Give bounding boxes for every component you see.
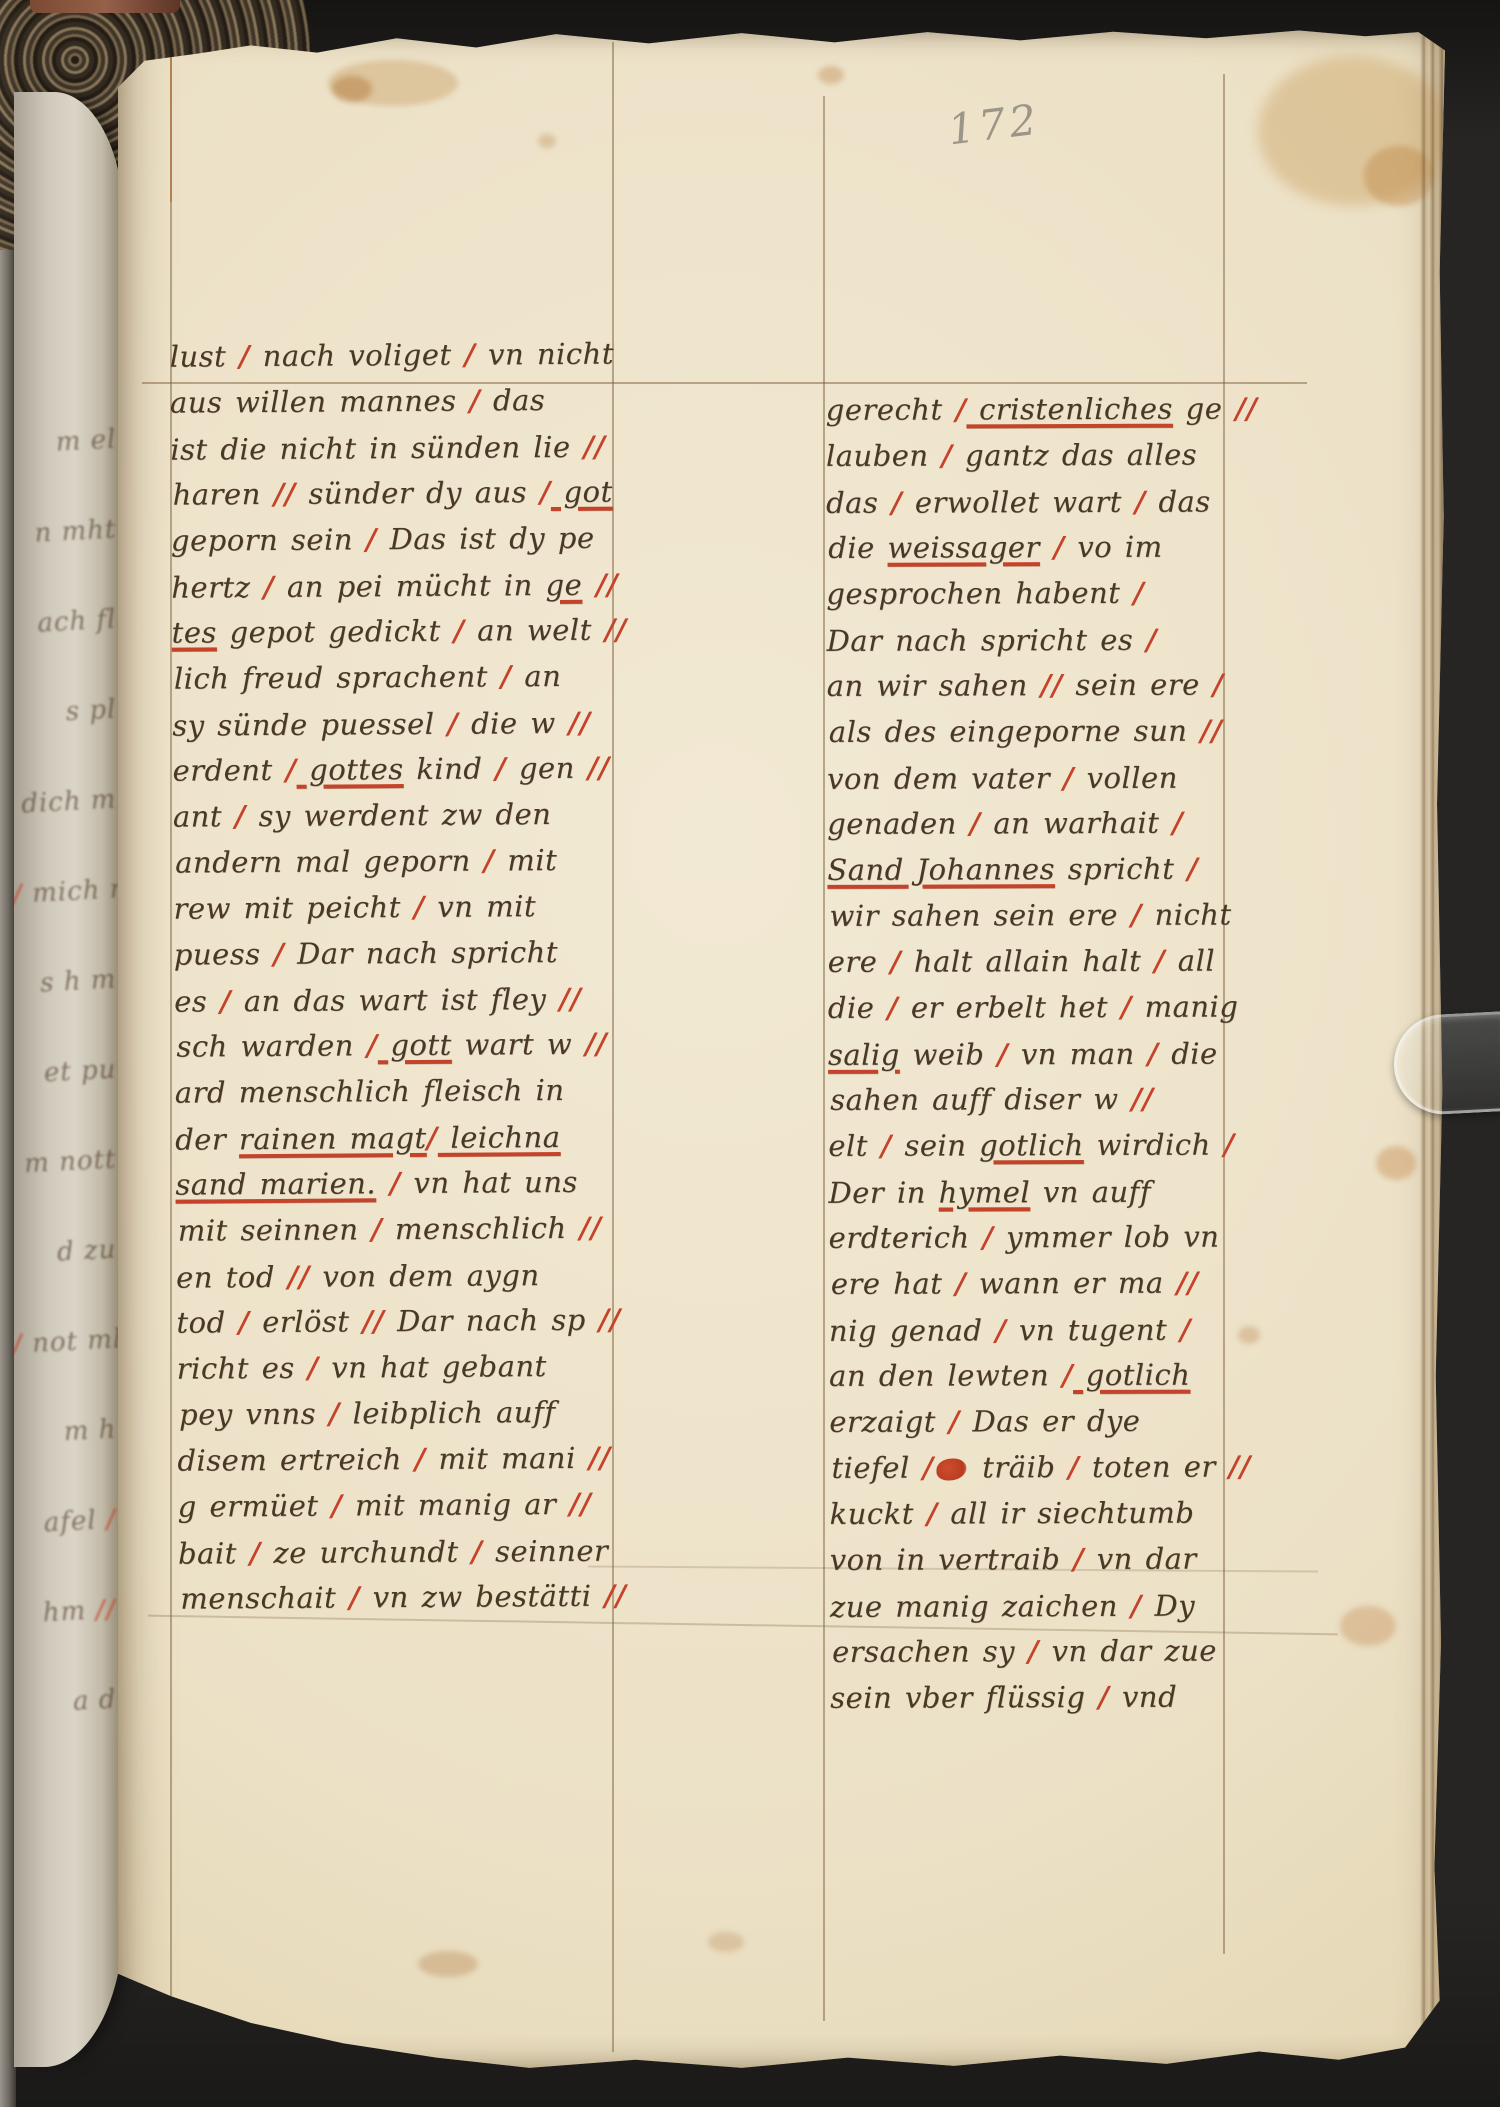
manuscript-text-line: elt / sein gotlich wirdich / — [828, 1121, 1348, 1169]
ink-text: leibplich auff — [340, 1395, 556, 1431]
stain — [1376, 1146, 1416, 1180]
rubric-mark: / — [464, 338, 475, 372]
rubric-mark: // — [1176, 1266, 1198, 1300]
rubric-mark: // — [1235, 391, 1257, 425]
ink-text: menschlich — [382, 1211, 579, 1246]
ink-text: mit manig ar — [342, 1487, 569, 1523]
manuscript-text-line: sahen auff diser w // — [830, 1075, 1350, 1123]
rubric-mark: / — [1154, 944, 1165, 978]
manuscript-text-line: d zu — [14, 1234, 124, 1330]
manuscript-text-line: gesprochen habent / — [826, 569, 1346, 617]
ink-text: vn mit — [425, 889, 537, 924]
ink-text: als des eingeporne sun — [829, 714, 1200, 749]
rubric-mark: / — [881, 1129, 892, 1163]
ink-text: all — [1165, 944, 1215, 978]
ink-text: richt es — [177, 1351, 308, 1386]
rubric-mark: // — [588, 1441, 610, 1475]
ink-text: m el — [55, 424, 117, 457]
manuscript-text-line: richt es / vn hat gebant — [177, 1342, 655, 1391]
ink-text: weib — [900, 1037, 997, 1071]
ink-text: disem ertreich — [177, 1442, 414, 1478]
rubric-mark: / — [891, 486, 902, 520]
rubric-mark: / — [1028, 1634, 1039, 1668]
rubric-mark: / — [366, 522, 377, 556]
ink-text: die w — [458, 706, 568, 741]
rubric-mark: / — [995, 1313, 1006, 1347]
ink-text: halt allain halt — [901, 944, 1154, 979]
ink-text: erlöst — [249, 1304, 362, 1339]
ink-text: an wir sahen — [827, 668, 1041, 703]
ink-text: erdterich — [829, 1220, 983, 1255]
ink-text: elt — [828, 1129, 880, 1163]
ink-text: ist die nicht in sünden lie — [170, 430, 583, 467]
rubric-mark: // — [598, 1303, 620, 1337]
manuscript-text-line: mit seinnen / menschlich // — [178, 1204, 656, 1253]
rubric-mark: / — [1146, 623, 1157, 657]
ink-text: an das wart ist fley — [231, 982, 559, 1018]
rubric-mark: / — [1068, 1450, 1079, 1484]
ink-text: ge — [1173, 391, 1235, 425]
ink-text: von dem aygn — [310, 1258, 540, 1294]
rubric-mark: / — [997, 1037, 1008, 1071]
manuscript-text-line: tes gepot gedickt / an welt // — [171, 606, 649, 655]
ink-text: bait — [178, 1536, 250, 1570]
manuscript-text-line: m h — [14, 1414, 124, 1510]
rubric-mark: / — [469, 384, 480, 418]
rubric-mark: / — [1135, 485, 1146, 519]
rubric-mark: // — [362, 1304, 384, 1338]
manuscript-text-line: hertz / an pei mücht in ge // — [171, 561, 649, 610]
previous-leaf-edge: m eln mhtach fls pldich m/ mich ns h met… — [14, 92, 124, 2067]
ink-text: tes — [171, 615, 216, 649]
manuscript-text-line: a d — [14, 1684, 124, 1780]
ink-text: von in vertraib — [830, 1542, 1073, 1577]
ink-text: m h — [63, 1414, 117, 1447]
rubric-mark: / — [540, 475, 551, 509]
manuscript-text-line: geporn sein / Das ist dy pe — [171, 514, 649, 563]
rubric-mark: / — [329, 1397, 340, 1431]
rubric-mark: // — [1040, 668, 1062, 702]
manuscript-text-line: Der in hymel vn auff — [828, 1168, 1348, 1216]
manuscript-text-line: aus willen mannes / das — [170, 376, 648, 425]
ink-text: vn hat gebant — [318, 1349, 546, 1385]
manuscript-text-line: genaden / an warhait / — [827, 799, 1347, 847]
ink-text: erzaigt — [829, 1404, 948, 1438]
ink-text: ere hat — [831, 1266, 955, 1300]
ink-text: vn dar zue — [1039, 1634, 1217, 1669]
previous-leaf-text-fragments: m eln mhtach fls pldich m/ mich ns h met… — [14, 427, 124, 1777]
ink-text: salig — [828, 1038, 900, 1072]
rubric-mark: / — [263, 570, 274, 604]
ink-text: a d — [72, 1684, 117, 1716]
rubric-mark: / — [366, 1028, 377, 1062]
rubric-mark: // — [569, 1487, 591, 1521]
rubric-mark: / — [371, 1212, 382, 1246]
ink-text: vn dar — [1084, 1542, 1197, 1576]
manuscript-text-line: gerecht / cristenliches ge // — [826, 385, 1346, 433]
ink-text: die — [828, 991, 887, 1025]
rubric-mark: / — [453, 614, 464, 648]
stain — [332, 76, 372, 102]
rubric-mark: / — [331, 1489, 342, 1523]
manuscript-text-line: dich m — [14, 784, 124, 880]
ink-text: Der in — [828, 1176, 938, 1210]
manuscript-text-line: von dem vater / vollen — [827, 754, 1347, 802]
ink-text: ach fl — [37, 604, 117, 638]
manuscript-text-line: lust / nach voliget / vn nicht — [170, 330, 648, 379]
ink-text: hertz — [171, 570, 263, 605]
manuscript-text-line: lich freud sprachent / an — [174, 652, 652, 701]
rubric-mark: / — [941, 438, 952, 472]
rubric-mark: // — [1200, 714, 1222, 748]
rubric-mark: / — [1040, 530, 1065, 564]
manuscript-text-line: s pl — [14, 694, 124, 790]
ink-text: cristenliches — [966, 392, 1173, 427]
ink-text: das — [826, 486, 891, 520]
manuscript-text-line: andern mal geporn / mit — [175, 836, 653, 885]
manuscript-text-line: haren // sünder dy aus / got — [172, 468, 650, 517]
ink-text: puess — [174, 937, 274, 972]
ink-text: got — [551, 475, 613, 509]
manuscript-text-line: die / er erbelt het / manig — [828, 983, 1348, 1031]
folio-number: 172 — [945, 95, 1042, 155]
ink-text: Dar nach spricht — [284, 935, 558, 971]
ink-text: an warhait — [981, 806, 1173, 841]
rubric-mark: / — [239, 339, 250, 373]
rubric-mark: / — [220, 984, 231, 1018]
rubric-mark: / — [413, 890, 424, 924]
ink-text: das — [1146, 485, 1211, 519]
ink-text: erdent — [172, 753, 285, 788]
ink-text: erwollet wart — [902, 485, 1135, 520]
ink-text: sahen auff diser w — [830, 1082, 1131, 1117]
ink-text: wann er ma — [966, 1266, 1176, 1301]
ink-text: en tod — [176, 1260, 288, 1295]
rubric-mark: / — [307, 1351, 318, 1385]
ink-text: Sand Johannes — [827, 852, 1055, 887]
ink-text: rainen magt — [239, 1121, 427, 1156]
manuscript-text-line: erzaigt / Das er dye — [829, 1397, 1349, 1445]
rubric-mark: / — [447, 707, 458, 741]
rubric-mark: / — [887, 991, 898, 1025]
ink-text: not ml — [22, 1324, 123, 1359]
rubric-mark: / — [1172, 806, 1183, 840]
rubric-mark: / — [414, 1442, 425, 1476]
rubric-mark: / — [285, 753, 296, 787]
manuscript-text-line: / mich n — [14, 874, 124, 970]
ink-text: vn tugent — [1006, 1313, 1180, 1348]
ink-text: m nott — [23, 1144, 117, 1179]
ink-text: wart w — [452, 1027, 585, 1062]
manuscript-text-line: ist die nicht in sünden lie // — [170, 423, 648, 472]
manuscript-text-line: en tod // von dem aygn — [176, 1251, 654, 1300]
red-ink-blot — [936, 1458, 966, 1480]
ink-text: gott — [378, 1028, 452, 1063]
ink-text: nach voliget — [250, 338, 465, 373]
ink-text: tod — [176, 1305, 238, 1339]
ink-text: tiefel — [831, 1451, 922, 1485]
manuscript-text-line: kuckt / all ir siechtumb — [830, 1489, 1350, 1537]
ink-text: Das ist dy pe — [377, 521, 595, 557]
manuscript-text-line: lauben / gantz das alles — [826, 431, 1346, 479]
manuscript-text-line: s h m — [14, 964, 124, 1060]
ink-text: sy sünde puessel — [172, 707, 447, 743]
ink-text: von dem vater — [827, 761, 1063, 796]
ink-text: Dy — [1142, 1589, 1195, 1623]
rubric-mark: / — [926, 1497, 937, 1531]
rubric-mark: // — [604, 613, 626, 647]
manuscript-text-line: et pu — [14, 1054, 124, 1150]
ink-text: ersachen sy — [832, 1634, 1028, 1669]
rubric-mark: / — [1147, 1037, 1158, 1071]
manuscript-text-line: rew mit peicht / vn mit — [173, 882, 651, 931]
ink-text: afel — [43, 1505, 107, 1538]
manuscript-text-line: afel / — [14, 1504, 124, 1600]
ink-text: lich freud sprachent — [174, 659, 501, 695]
manuscript-text-line: Sand Johannes spricht / — [827, 845, 1347, 893]
rubric-mark: / — [890, 945, 901, 979]
rubric-mark: // — [604, 1579, 626, 1613]
manuscript-text-line: tiefel / träib / toten er // — [831, 1443, 1351, 1491]
manuscript-text-line: Dar nach spricht es / — [826, 616, 1346, 664]
ink-text: die — [828, 531, 887, 565]
ink-text: gen — [506, 751, 588, 786]
rubric-mark: / — [955, 392, 966, 426]
manuscript-text-line: m el — [14, 424, 124, 520]
ink-text: vn man — [1008, 1037, 1147, 1071]
ink-text: d zu — [56, 1234, 117, 1267]
stain — [708, 1932, 744, 1952]
ink-text: zue manig zaichen — [830, 1589, 1131, 1624]
manuscript-text-line: an wir sahen // sein ere / — [827, 661, 1347, 709]
manuscript-text-line: ard menschlich fleisch in — [175, 1066, 653, 1115]
ink-text: gotlich — [979, 1128, 1084, 1162]
ink-text: s h m — [39, 964, 117, 998]
ink-text: sy werdent zw den — [246, 797, 552, 833]
ink-text: mit seinnen — [178, 1212, 372, 1247]
ink-text: andern mal geporn — [175, 844, 483, 880]
ink-text: pey vnns — [179, 1397, 329, 1432]
ink-text: gottes — [296, 752, 403, 787]
rubric-mark: / — [1187, 852, 1198, 886]
ink-text: lust — [170, 339, 239, 373]
manuscript-text-line: sy sünde puessel / die w // — [172, 699, 650, 748]
manuscript-text-line: es / an das wart ist fley // — [174, 975, 652, 1024]
ink-text: mich n — [22, 874, 124, 909]
ink-text: sch warden — [176, 1028, 366, 1063]
manuscript-text-line: salig weib / vn man / die — [828, 1030, 1348, 1078]
ink-text: sein — [892, 1128, 980, 1162]
ink-text: Dar nach sp — [384, 1303, 598, 1338]
text-column-right: gerecht / cristenliches ge //lauben / ga… — [826, 385, 1351, 1721]
ink-text: g ermüet — [178, 1489, 332, 1524]
ink-text: geporn sein — [171, 522, 366, 557]
ink-text: vn zw bestätti — [360, 1579, 604, 1615]
ink-text: ze urchundt — [261, 1535, 472, 1570]
ink-text: lauben — [826, 439, 941, 473]
ink-text: gepot gedickt — [217, 614, 454, 650]
ink-text: an — [512, 659, 562, 693]
rubric-mark: // — [273, 477, 295, 511]
manuscript-text-line: g ermüet / mit manig ar // — [178, 1480, 656, 1529]
rubric-mark: / — [955, 1266, 966, 1300]
rubric-mark: / — [105, 1504, 117, 1535]
rubric-mark: / — [1131, 898, 1142, 932]
rubric-mark: // — [95, 1594, 118, 1625]
stain — [418, 1951, 478, 1977]
rubric-mark: // — [287, 1260, 309, 1294]
stain — [538, 134, 556, 148]
rubric-mark: // — [1131, 1082, 1153, 1116]
rubric-mark: / — [1180, 1313, 1191, 1347]
ink-text: sein vber flüssig — [830, 1680, 1098, 1715]
manuscript-text-line: ersachen sy / vn dar zue — [832, 1627, 1352, 1675]
ink-text: dich m — [21, 784, 118, 819]
rubric-mark: / — [426, 1121, 437, 1155]
ink-text: gotlich — [1073, 1358, 1190, 1392]
rubric-mark: / — [1098, 1680, 1109, 1714]
manuscript-text-line: / not ml — [14, 1324, 124, 1420]
rubric-mark: / — [249, 1536, 260, 1570]
rubric-mark: / — [1062, 1358, 1073, 1392]
ink-text: vn auff — [1030, 1175, 1151, 1209]
rubric-mark: / — [349, 1580, 360, 1614]
rubric-mark: / — [471, 1535, 482, 1569]
stain — [818, 66, 844, 84]
rubric-mark: // — [583, 430, 605, 464]
ink-text: gesprochen habent — [826, 576, 1133, 611]
text-column-left: lust / nach voliget / vn nichtaus willen… — [170, 330, 657, 1621]
ink-text: wir sahen sein ere — [829, 898, 1130, 933]
ink-text: ant — [173, 799, 235, 833]
rubric-mark: // — [568, 706, 590, 740]
ink-text: kind — [403, 751, 495, 786]
manuscript-text-line: hm // — [14, 1594, 124, 1690]
ink-text: sünder dy aus — [296, 475, 540, 511]
ink-text: genaden — [827, 806, 969, 840]
manuscript-text-line: ere / halt allain halt / all — [828, 937, 1348, 985]
manuscript-text-line: als des eingeporne sun // — [829, 707, 1349, 755]
rubric-mark: / — [238, 1305, 249, 1339]
ink-text: wirdich — [1084, 1128, 1224, 1162]
manuscript-photograph: m eln mhtach fls pldich m/ mich ns h met… — [0, 0, 1500, 2107]
ink-text: s pl — [65, 694, 117, 727]
ink-text: die — [1158, 1037, 1217, 1071]
ink-text: menschait — [180, 1580, 349, 1615]
ink-text: ymmer lob vn — [993, 1220, 1219, 1255]
rubric-mark: / — [982, 1220, 993, 1254]
ink-text: es — [174, 984, 220, 1018]
rubric-mark: // — [559, 982, 581, 1016]
ink-text: vollen — [1074, 761, 1178, 795]
manuscript-text-line: ach fl — [14, 604, 124, 700]
ink-text: Dar nach spricht es — [827, 623, 1146, 658]
ink-text: rew mit peicht — [173, 890, 413, 926]
ink-text: sein ere — [1063, 668, 1213, 703]
ink-text: vnd — [1109, 1680, 1177, 1714]
manuscript-text-line: sein vber flüssig / vnd — [830, 1673, 1350, 1721]
rubric-mark: / — [495, 751, 506, 785]
ink-text: haren — [173, 477, 274, 512]
manuscript-text-line: sand marien. / vn hat uns — [175, 1158, 653, 1207]
manuscript-text-line: zue manig zaichen / Dy — [830, 1582, 1350, 1630]
book-headband — [30, 0, 180, 13]
ink-text: toten er — [1079, 1450, 1228, 1485]
ink-text: ere — [828, 945, 891, 979]
rubric-mark: // — [579, 1211, 601, 1245]
ink-text: das — [480, 383, 545, 417]
ink-text: mit mani — [426, 1441, 589, 1476]
manuscript-text-line: die weissager / vo im — [828, 523, 1348, 571]
rubric-mark: / — [376, 1166, 401, 1200]
manuscript-text-line: puess / Dar nach spricht — [174, 928, 652, 977]
ink-text: hm — [42, 1596, 96, 1629]
manuscript-text-line: von in vertraib / vn dar — [830, 1535, 1350, 1583]
manuscript-text-line: pey vnns / leibplich auff — [179, 1388, 657, 1437]
ink-text: leichna — [438, 1120, 561, 1155]
ink-text: spricht — [1055, 852, 1187, 886]
manuscript-text-line: wir sahen sein ere / nicht — [829, 891, 1349, 939]
ink-text: aus willen mannes — [170, 384, 469, 420]
ink-text: Das er dye — [960, 1404, 1141, 1439]
ink-text: gantz das alles — [952, 438, 1197, 473]
ink-text: vn hat uns — [401, 1165, 578, 1200]
ink-text: kuckt — [830, 1497, 927, 1531]
rubric-mark: / — [273, 937, 284, 971]
ink-text: ge — [545, 568, 582, 602]
manuscript-text-line: erdterich / ymmer lob vn — [829, 1213, 1349, 1261]
manuscript-text-line: bait / ze urchundt / seinner — [178, 1527, 656, 1576]
manuscript-text-line: ere hat / wann er ma // — [831, 1259, 1351, 1307]
manuscript-page: 172 lust / nach voliget / vn nichtaus wi… — [118, 26, 1445, 2072]
manuscript-text-line: das / erwollet wart / das — [826, 478, 1346, 526]
ink-text: träib — [969, 1450, 1068, 1484]
ink-text: gerecht — [826, 392, 956, 426]
manuscript-text-line: der rainen magt/ leichna — [175, 1113, 653, 1162]
manuscript-text-line: an den lewten / gotlich — [829, 1351, 1349, 1399]
rubric-mark: / — [949, 1404, 960, 1438]
ink-text: all ir siechtumb — [938, 1496, 1195, 1531]
ink-text: der — [175, 1122, 239, 1156]
manuscript-text-line: ant / sy werdent zw den — [173, 790, 651, 839]
manuscript-text-line: n mht — [14, 514, 124, 610]
rubric-mark: / — [1073, 1542, 1084, 1576]
manuscript-text-line: disem ertreich / mit mani // — [177, 1434, 655, 1483]
rubric-mark: // — [1228, 1449, 1250, 1483]
rubric-mark: / — [1131, 1589, 1142, 1623]
ink-text: vo im — [1065, 530, 1163, 564]
rubric-mark: / — [969, 806, 980, 840]
manuscript-text-line: erdent / gottes kind / gen // — [172, 744, 650, 793]
ink-text: an pei mücht in — [274, 568, 545, 604]
ink-text: et pu — [43, 1054, 117, 1088]
rubric-mark: // — [582, 568, 618, 602]
manuscript-text-line: m nott — [14, 1144, 124, 1240]
rubric-mark: / — [1212, 668, 1223, 702]
rubric-mark: // — [585, 1027, 607, 1061]
manuscript-text-line: tod / erlöst // Dar nach sp // — [176, 1296, 654, 1345]
ink-text: an den lewten — [829, 1358, 1062, 1393]
ink-text: hymel — [939, 1175, 1031, 1209]
rubric-mark: / — [235, 799, 246, 833]
rubric-mark: / — [1063, 761, 1074, 795]
manuscript-text-line: sch warden / gott wart w // — [176, 1020, 654, 1069]
ink-text: nig genad — [829, 1313, 995, 1348]
rubric-mark: / — [500, 659, 511, 693]
manuscript-text-line: nig genad / vn tugent / — [829, 1306, 1349, 1354]
ink-text: sand marien. — [175, 1166, 376, 1201]
rubric-mark: // — [587, 751, 609, 785]
